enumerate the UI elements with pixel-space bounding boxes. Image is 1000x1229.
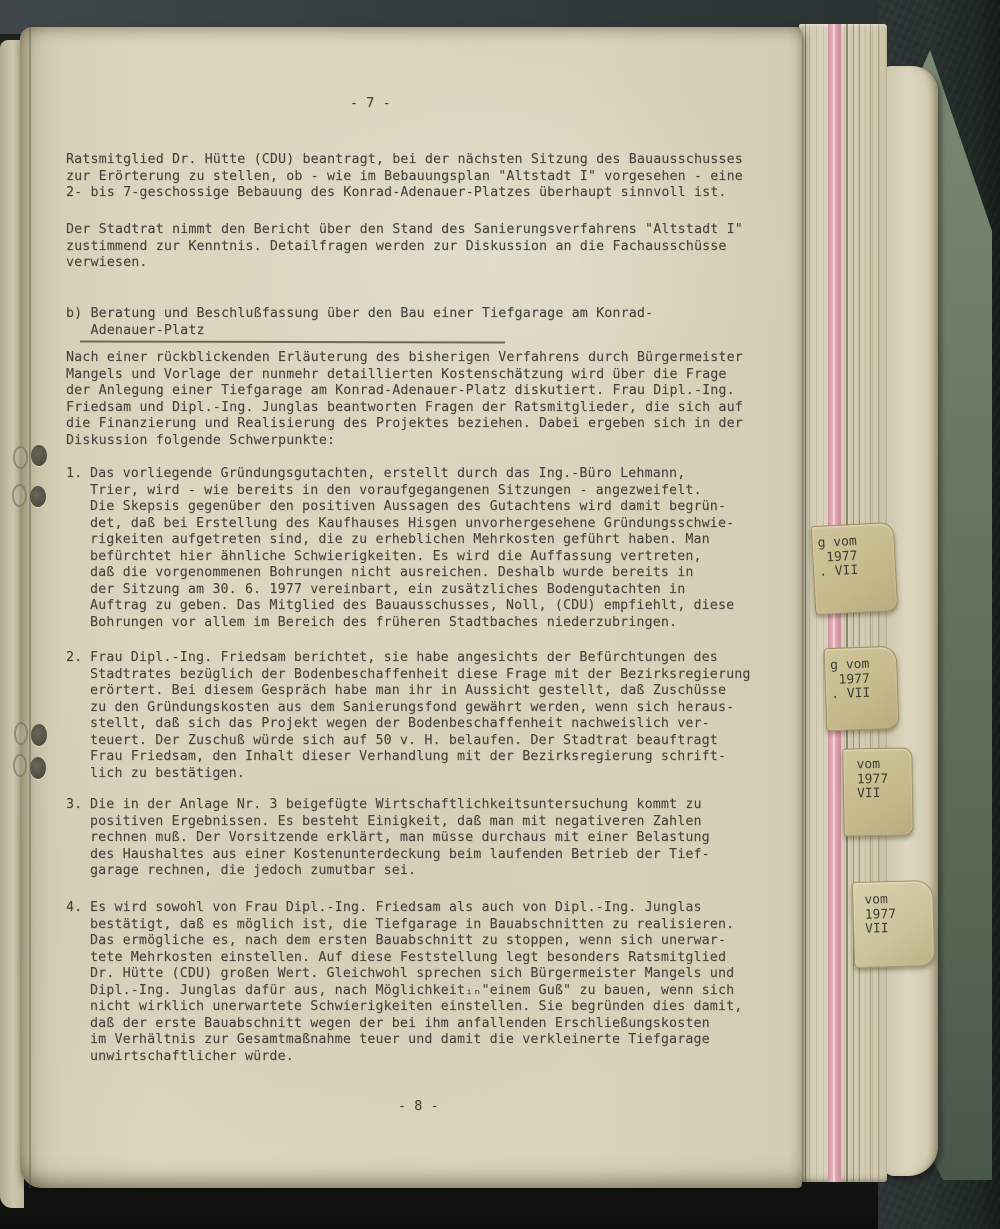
punch-hole <box>13 446 28 469</box>
punch-hole <box>14 722 28 745</box>
page-number-bottom: - 8 - <box>398 1099 439 1116</box>
punch-hole <box>31 724 47 746</box>
list-item-number: 3. <box>66 797 90 880</box>
list-item-text: Das vorliegende Gründungsgutachten, erst… <box>90 466 734 631</box>
list-item-number: 1. <box>66 466 90 631</box>
list-item: 1. Das vorliegende Gründungsgutachten, e… <box>66 466 734 631</box>
paragraph-council-acknowledgement: Der Stadtrat nimmt den Bericht über den … <box>66 222 743 272</box>
punch-hole <box>30 757 46 779</box>
list-item-text: Es wird sowohl von Frau Dipl.-Ing. Fried… <box>90 900 742 1065</box>
back-page-curl <box>884 66 938 1176</box>
list-item: 3. Die in der Anlage Nr. 3 beigefügte Wi… <box>66 797 710 880</box>
section-intro-paragraph: Nach einer rückblickenden Erläuterung de… <box>66 350 743 449</box>
punch-hole <box>31 445 47 466</box>
punch-hole <box>30 486 46 507</box>
list-item: 4. Es wird sowohl von Frau Dipl.-Ing. Fr… <box>66 900 742 1065</box>
page-fold-line <box>29 27 31 1188</box>
punch-hole <box>13 754 27 777</box>
list-item-text: Die in der Anlage Nr. 3 beigefügte Wirts… <box>90 797 710 880</box>
list-item: 2. Frau Dipl.-Ing. Friedsam berichtet, s… <box>66 650 751 782</box>
list-item-number: 2. <box>66 650 90 782</box>
index-tab: vom 1977 VII <box>852 880 935 968</box>
section-heading: b) Beratung und Beschlußfassung über den… <box>66 306 653 339</box>
punch-hole <box>12 484 27 507</box>
index-tab: g vom 1977 . VII <box>811 522 899 615</box>
index-tab: vom 1977 VII <box>842 747 914 836</box>
list-item-text: Frau Dipl.-Ing. Friedsam berichtet, sie … <box>90 650 751 782</box>
page-edge-line <box>805 24 806 1182</box>
list-item-number: 4. <box>66 900 90 1065</box>
index-tab: g vom 1977 . VII <box>824 646 900 731</box>
paragraph-motion-huette: Ratsmitglied Dr. Hütte (CDU) beantragt, … <box>66 152 743 202</box>
page-number-top: - 7 - <box>350 96 391 113</box>
